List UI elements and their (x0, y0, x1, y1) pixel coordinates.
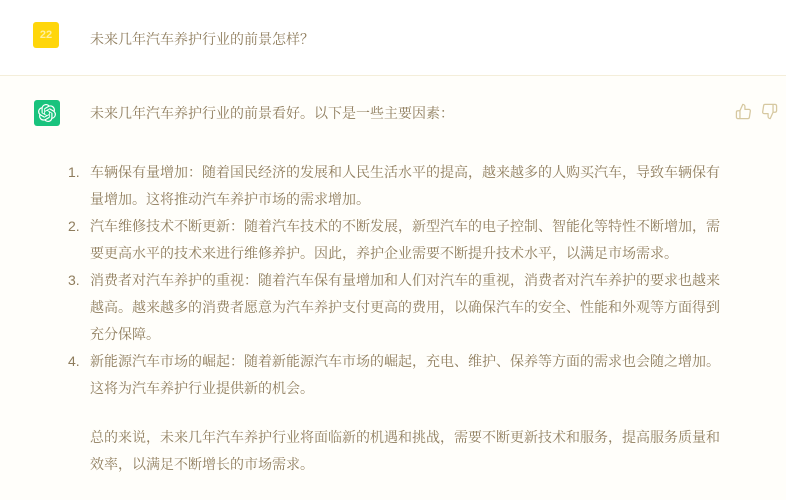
user-message-text: 未来几年汽车养护行业的前景怎样？ (90, 29, 730, 49)
list-item: 3. 消费者对汽车养护的重视：随着汽车保有量增加和人们对汽车的重视，消费者对汽车… (90, 267, 733, 348)
user-message-row: 22 未来几年汽车养护行业的前景怎样？ (0, 0, 786, 75)
list-item-text: 新能源汽车市场的崛起：随着新能源汽车市场的崛起，充电、维护、保养等方面的需求也会… (90, 353, 720, 396)
assistant-intro: 未来几年汽车养护行业的前景看好。以下是一些主要因素： (90, 100, 733, 127)
thumbs-down-icon[interactable] (761, 103, 778, 120)
assistant-message-content: 未来几年汽车养护行业的前景看好。以下是一些主要因素： 1. 车辆保有量增加：随着… (90, 100, 733, 478)
user-avatar: 22 (33, 22, 59, 48)
list-item-text: 车辆保有量增加：随着国民经济的发展和人民生活水平的提高，越来越多的人购买汽车，导… (90, 164, 720, 207)
thumbs-up-icon[interactable] (735, 103, 752, 120)
list-item-number: 4. (68, 348, 80, 375)
list-item-number: 1. (68, 159, 80, 186)
assistant-conclusion: 总的来说，未来几年汽车养护行业将面临新的机遇和挑战，需要不断更新技术和服务，提高… (90, 424, 733, 478)
chat-conversation: 22 未来几年汽车养护行业的前景怎样？ 未来几年汽车养护行业的前景看 (0, 0, 786, 500)
feedback-buttons (735, 103, 778, 120)
assistant-factors-list: 1. 车辆保有量增加：随着国民经济的发展和人民生活水平的提高，越来越多的人购买汽… (90, 159, 733, 402)
list-item-text: 消费者对汽车养护的重视：随着汽车保有量增加和人们对汽车的重视，消费者对汽车养护的… (90, 272, 720, 342)
list-item: 4. 新能源汽车市场的崛起：随着新能源汽车市场的崛起，充电、维护、保养等方面的需… (90, 348, 733, 402)
assistant-message-row: 未来几年汽车养护行业的前景看好。以下是一些主要因素： 1. 车辆保有量增加：随着… (0, 76, 786, 500)
user-avatar-label: 22 (40, 29, 52, 41)
list-item-text: 汽车维修技术不断更新：随着汽车技术的不断发展，新型汽车的电子控制、智能化等特性不… (90, 218, 720, 261)
list-item: 1. 车辆保有量增加：随着国民经济的发展和人民生活水平的提高，越来越多的人购买汽… (90, 159, 733, 213)
list-item: 2. 汽车维修技术不断更新：随着汽车技术的不断发展，新型汽车的电子控制、智能化等… (90, 213, 733, 267)
chatgpt-logo-icon (34, 100, 60, 126)
list-item-number: 3. (68, 267, 80, 294)
list-item-number: 2. (68, 213, 80, 240)
